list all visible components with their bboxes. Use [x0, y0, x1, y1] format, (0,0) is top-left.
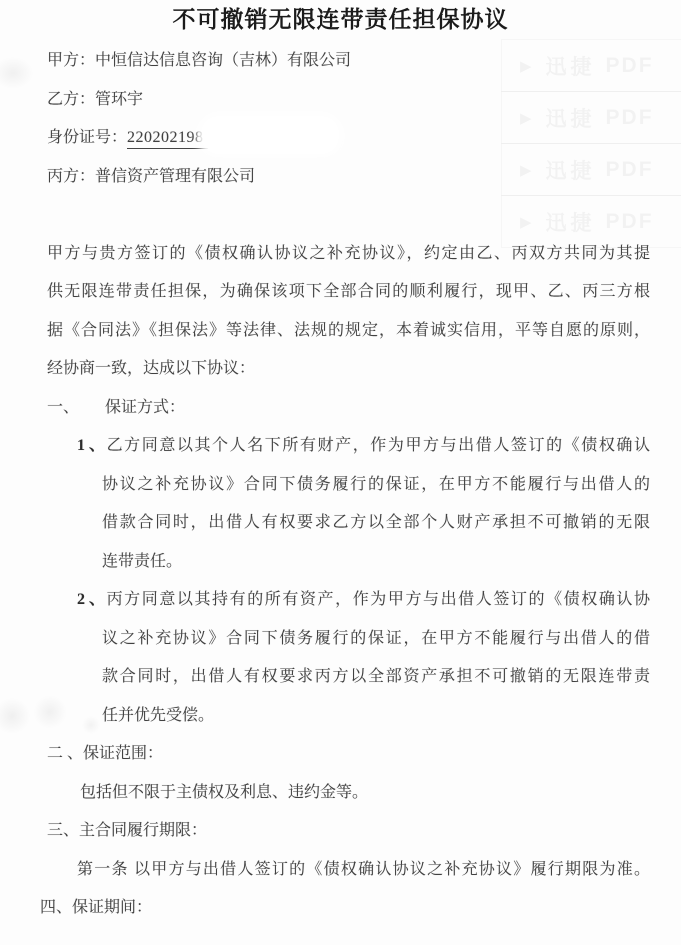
intro-line-4-text: 经协商一致，达成以下协议： — [47, 360, 255, 377]
watermark-suffix: PDF — [606, 106, 654, 130]
section-3-heading-text: 三、主合同履行期限： — [47, 822, 207, 839]
item-1-line-4-text: 连带责任。 — [102, 553, 182, 570]
watermark-brand: 迅捷 — [546, 103, 596, 133]
watermark-brand: 迅捷 — [546, 51, 596, 81]
intro-line-4: 经协商一致，达成以下协议： — [0, 350, 681, 389]
watermark-suffix: PDF — [606, 210, 654, 234]
watermark-brand: 迅捷 — [546, 155, 596, 185]
item-2-line-2: 议之补充协议》合同下债务履行的保证，在甲方不能履行与出借人的借 — [0, 620, 650, 659]
id-label: 身份证号： — [47, 129, 127, 146]
item-1-line-1: 1、乙方同意以其个人名下所有财产，作为甲方与出借人签订的《债权确认 — [0, 427, 650, 466]
section-2-heading: 二 、保证范围： — [0, 735, 681, 774]
item-2-line-1-text: 丙方同意以其持有的所有资产，作为甲方与出借人签订的《债权确认协 — [105, 591, 650, 608]
item-1-line-1-text: 乙方同意以其个人名下所有财产，作为甲方与出借人签订的《债权确认 — [105, 437, 650, 454]
item-1-line-2-text: 协议之补充协议》合同下债务履行的保证，在甲方不能履行与出借人的 — [102, 476, 650, 493]
section-4-heading: 四、保证期间： — [0, 889, 681, 928]
watermark-column: ▶迅捷PDF▶迅捷PDF▶迅捷PDF▶迅捷PDF — [501, 40, 681, 248]
line-marker: 一、 — [47, 389, 105, 428]
intro-line-2: 供无限连带责任担保，为确保该项下全部合同的顺利履行，现甲、乙、丙三方根 — [0, 273, 650, 312]
item-1-line-2: 协议之补充协议》合同下债务履行的保证，在甲方不能履行与出借人的 — [0, 466, 650, 505]
intro-line-3-text: 据《合同法》《担保法》等法律、法规的规定，本着诚实信用，平等自愿的原则， — [47, 322, 650, 339]
section-4-heading-text: 四、保证期间： — [40, 899, 152, 916]
document-page: 不可撤销无限连带责任担保协议 甲方：中恒信达信息咨询（吉林）有限公司乙方：管环宇… — [0, 0, 681, 945]
item-2-line-3-text: 款合同时，出借人有权要求丙方以全部资产承担不可撤销的无限连带责 — [102, 668, 650, 685]
intro-line-2-text: 供无限连带责任担保，为确保该项下全部合同的顺利履行，现甲、乙、丙三方根 — [47, 283, 650, 300]
item-1-line-4: 连带责任。 — [0, 543, 681, 582]
party-line-jia-text: 甲方：中恒信达信息咨询（吉林）有限公司 — [47, 52, 351, 69]
section-1-heading: 一、保证方式： — [0, 389, 681, 428]
section-2-heading-text: 二 、保证范围： — [47, 745, 163, 762]
line-marker: 2、 — [77, 581, 105, 620]
section-3-body: 第一条 以甲方与出借人签订的《债权确认协议之补充协议》履行期限为准。 — [0, 851, 650, 890]
item-1-line-3-text: 借款合同时，出借人有权要求乙方以全部个人财产承担不可撤销的无限 — [102, 514, 650, 531]
intro-line-3: 据《合同法》《担保法》等法律、法规的规定，本着诚实信用，平等自愿的原则， — [0, 312, 650, 351]
item-2-line-4: 任并优先受偿。 — [0, 697, 681, 736]
watermark-suffix: PDF — [606, 54, 654, 78]
party-line-bing-text: 丙方：普信资产管理有限公司 — [47, 168, 255, 185]
section-2-body-text: 包括但不限于主债权及利息、违约金等。 — [80, 784, 368, 801]
document-title: 不可撤销无限连带责任担保协议 — [0, 5, 681, 35]
section-3-heading: 三、主合同履行期限： — [0, 812, 681, 851]
play-icon: ▶ — [520, 57, 532, 75]
item-2-line-4-text: 任并优先受偿。 — [102, 707, 214, 724]
item-2-line-3: 款合同时，出借人有权要求丙方以全部资产承担不可撤销的无限连带责 — [0, 658, 650, 697]
item-1-line-3: 借款合同时，出借人有权要求乙方以全部个人财产承担不可撤销的无限 — [0, 504, 650, 543]
play-icon: ▶ — [520, 109, 532, 127]
play-icon: ▶ — [520, 161, 532, 179]
item-2-line-2-text: 议之补充协议》合同下债务履行的保证，在甲方不能履行与出借人的借 — [102, 630, 650, 647]
party-line-yi-text: 乙方：管环宇 — [47, 91, 143, 108]
section-1-heading-text: 保证方式： — [105, 399, 185, 416]
section-3-body-text: 第一条 以甲方与出借人签订的《债权确认协议之补充协议》履行期限为准。 — [77, 861, 650, 878]
item-2-line-1: 2、丙方同意以其持有的所有资产，作为甲方与出借人签订的《债权确认协 — [0, 581, 650, 620]
pdf-watermark: ▶迅捷PDF — [501, 39, 681, 92]
line-marker: 1、 — [77, 427, 105, 466]
redaction-blur — [203, 119, 337, 153]
watermark-suffix: PDF — [606, 158, 654, 182]
play-icon: ▶ — [520, 213, 532, 231]
watermark-brand: 迅捷 — [546, 207, 596, 237]
pdf-watermark: ▶迅捷PDF — [501, 91, 681, 144]
pdf-watermark: ▶迅捷PDF — [501, 143, 681, 196]
pdf-watermark: ▶迅捷PDF — [501, 195, 681, 248]
id-number: 22020219821 — [127, 128, 293, 149]
section-2-body: 包括但不限于主债权及利息、违约金等。 — [0, 774, 681, 813]
